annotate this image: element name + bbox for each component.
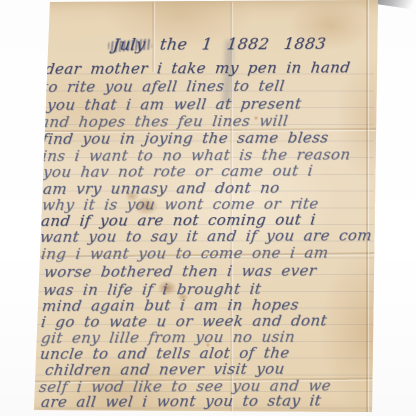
handwriting-line: are all wel i wont you to stay it <box>40 393 322 411</box>
photo-of-handwritten-letter: July the 1 1882 1883 dear mother i take … <box>0 0 416 416</box>
handwriting-line: to rite you afell lines to tell <box>41 78 286 96</box>
letter-dateline: July the 1 1882 1883 <box>112 35 327 53</box>
handwriting-line: dear mother i take my pen in hand <box>44 59 351 78</box>
fold-crease-vertical <box>366 0 368 414</box>
handwriting-line: ing i want you to come one i am <box>40 244 329 263</box>
letter-paper: July the 1 1882 1883 dear mother i take … <box>0 0 416 416</box>
handwriting-line: worse bothered then i was ever <box>43 263 317 281</box>
background-shadow <box>372 0 416 14</box>
